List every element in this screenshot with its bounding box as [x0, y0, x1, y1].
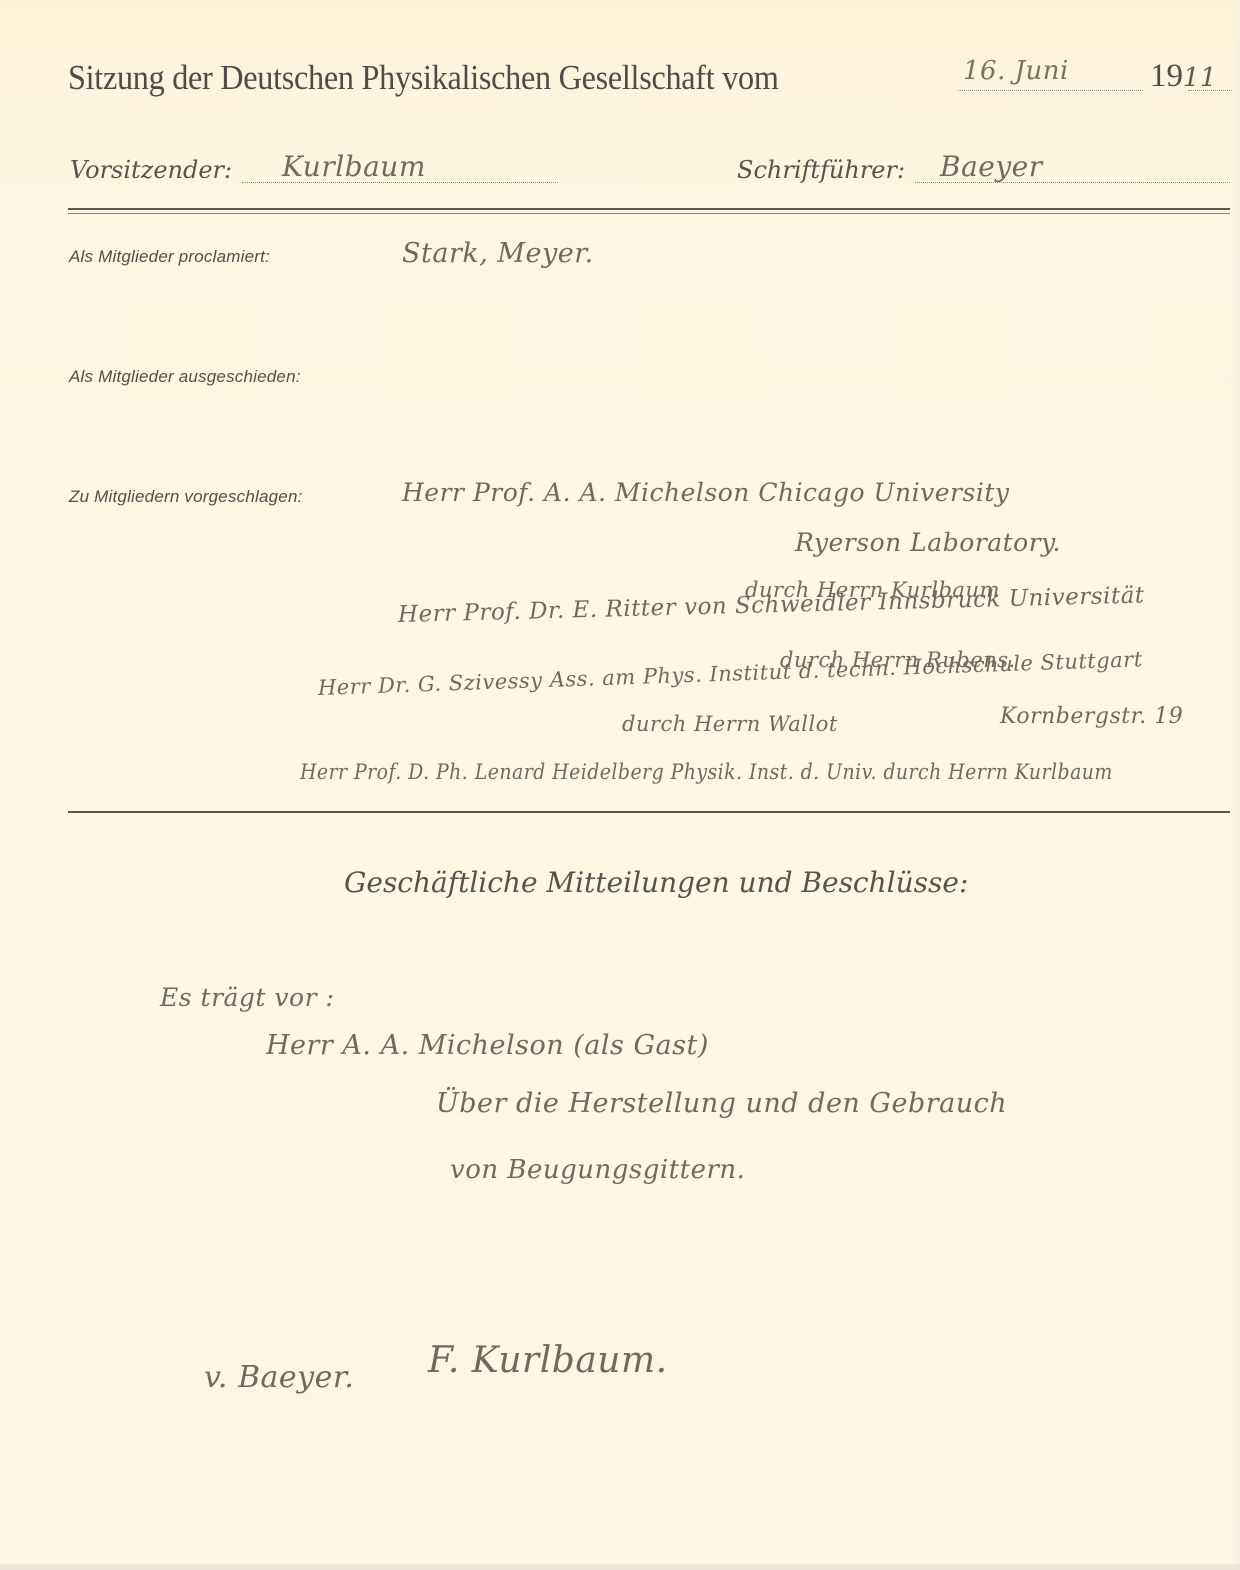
business-line-1: Es trägt vor : [160, 983, 334, 1012]
secretary-label: Schriftführer: [737, 156, 905, 184]
chair-label: Vorsitzender: [70, 156, 232, 184]
year-printed: 19 [1150, 58, 1183, 94]
chair-name: Kurlbaum [282, 150, 426, 183]
proclaimed-label: Als Mitglieder proclamiert: [69, 247, 270, 267]
business-heading: Geschäftliche Mitteilungen und Beschlüss… [344, 866, 968, 899]
chair-dotted-line [242, 182, 558, 183]
year-dotted-line [1188, 90, 1232, 91]
year-handwritten: 11 [1183, 63, 1217, 93]
chair-signature: F. Kurlbaum. [428, 1340, 668, 1381]
header-divider [68, 208, 1230, 210]
business-line-3: Über die Herstellung und den Gebrauch [436, 1088, 1007, 1119]
proposed-label: Zu Mitgliedern vorgeschlagen: [69, 487, 303, 507]
proclaimed-names: Stark, Meyer. [402, 238, 594, 269]
business-line-2: Herr A. A. Michelson (als Gast) [266, 1030, 709, 1061]
business-line-4: von Beugungsgittern. [450, 1155, 745, 1185]
proposed-entry-1-line1: Herr Prof. A. A. Michelson Chicago Unive… [402, 478, 1010, 507]
header-divider-thin [68, 213, 1230, 214]
proposed-entry-1-lab: Ryerson Laboratory. [795, 528, 1061, 557]
secretary-dotted-line [915, 182, 1230, 183]
page-edge-bottom [0, 1564, 1240, 1570]
proposed-entry-4-line1: Herr Prof. D. Ph. Lenard Heidelberg Phys… [300, 760, 1113, 784]
proposals-divider [68, 811, 1230, 813]
proposed-entry-3-line1: Herr Dr. G. Szivessy Ass. am Phys. Insti… [318, 647, 1143, 700]
minutes-page: Sitzung der Deutschen Physikalischen Ges… [0, 0, 1240, 1570]
secretary-name: Baeyer [940, 150, 1043, 183]
date-dotted-line [958, 90, 1143, 91]
page-title: Sitzung der Deutschen Physikalischen Ges… [68, 58, 779, 98]
page-edge-right [1230, 0, 1240, 1570]
secretary-signature: v. Baeyer. [204, 1360, 354, 1395]
resigned-label: Als Mitglieder ausgeschieden: [69, 367, 301, 387]
meeting-date: 16. Juni [963, 56, 1069, 86]
proposed-entry-3-address: Kornbergstr. 19 [1000, 704, 1183, 729]
title-printed: Sitzung der Deutschen Physikalischen Ges… [68, 58, 779, 97]
proposed-entry-3-sponsor-below: durch Herrn Wallot [622, 712, 838, 736]
